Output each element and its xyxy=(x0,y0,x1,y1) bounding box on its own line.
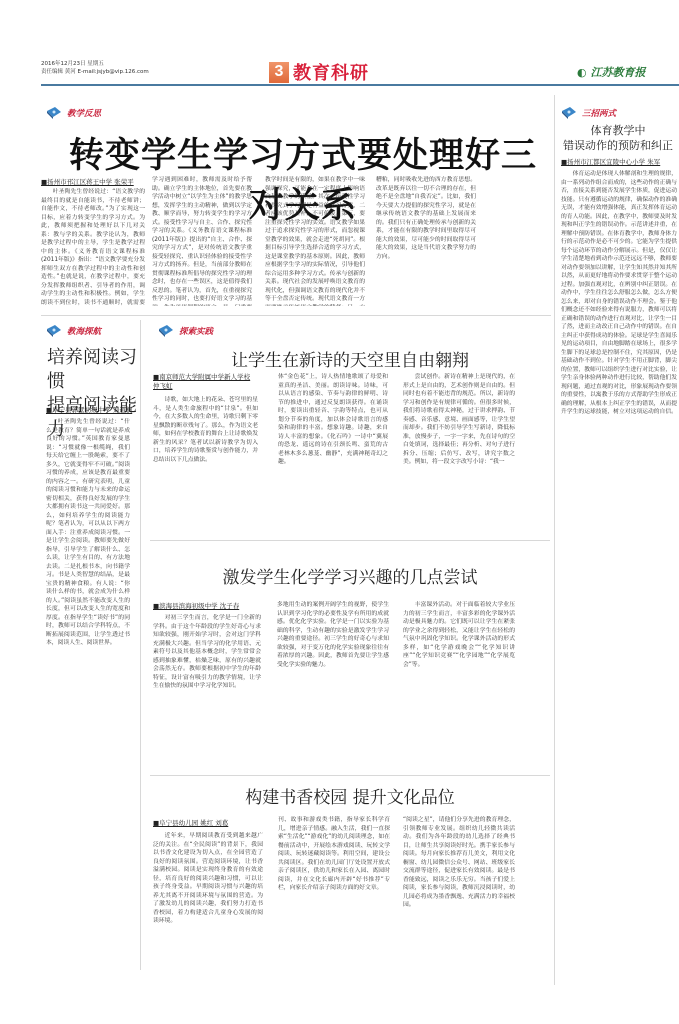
brand-name: 江苏教育报 xyxy=(590,66,645,79)
pe-byline: ■扬州市江都区宜陵中心小学 朱军 xyxy=(561,157,660,166)
main-article-col-2: 学习遇到困难时，教师需及时给予帮助。确立学生的主体地位，首先要在教学活动中树立“… xyxy=(152,176,252,306)
book-icon xyxy=(561,107,577,119)
library-byline: ■阜宁县幼儿园 姚红 刘葛 xyxy=(153,818,228,827)
section-tag-label: 探索实践 xyxy=(179,325,213,337)
section-tag-label: 三招两式 xyxy=(582,107,616,119)
chemistry-headline: 激发学生化学学习兴趣的几点尝试 xyxy=(150,563,550,588)
reading-article-body: 叶圣陶先生曾经说过：“什么是教育？简单一句话就是养成良好的习惯。”英国教育家曼恩… xyxy=(46,418,130,958)
page-badge: 3 教育科研 xyxy=(269,59,369,85)
section-tag-label: 教海探航 xyxy=(67,325,101,337)
chemistry-byline: ■滨海县滨海初级中学 沈子春 xyxy=(153,601,239,610)
library-col-1: 近年来，早期阅读教育受到越来越广泛的关注。在“全民阅读”的背景下，我园以书香文化… xyxy=(153,832,263,982)
divider xyxy=(150,540,550,541)
section-tag-label: 教学反思 xyxy=(67,107,101,119)
poetry-byline: ■南京师范大学附属中学新人学校 仲飞虹 xyxy=(153,373,253,391)
column-divider xyxy=(554,95,555,985)
masthead-meta: 2016年12月23日 星期五 责任编辑 黄河 E-mail:jsjyb@vip… xyxy=(41,60,149,76)
divider xyxy=(150,775,550,776)
main-article-col-3: 教学时间是有限的，如果在教学中一味强调探究，可能会在一定程度上影响语文基础教学的… xyxy=(265,176,365,306)
page-number: 3 xyxy=(269,62,289,83)
book-icon xyxy=(158,325,174,337)
section-tag-reflection: 教学反思 xyxy=(46,107,101,119)
poetry-col-3: 尝试创作。新诗在精神上是现代的，在形式上是自由的，艺术创作则是自由的。但同时也有… xyxy=(403,373,515,524)
main-article-col-4: 糟粕，同时吸收先进的西方教育思想。改革是既弃以往一切不合理的存在，但绝不是全盘地… xyxy=(376,176,476,306)
section-tag-practice: 探索实践 xyxy=(158,325,213,337)
book-icon xyxy=(46,107,62,119)
library-col-2: 刊、故事和游戏类书籍，指导家长科学育儿，增进亲子情感。融入生活，我们一直探索“生… xyxy=(278,816,390,982)
date-line: 2016年12月23日 星期五 xyxy=(41,60,149,68)
chemistry-col-1: 对初三学生而言，化学是一门全新的学科。由于这个年龄段的学生好奇心与求知欲较强，刚… xyxy=(153,614,261,764)
reading-byline: ■阜宁县郭墅初级中学 刘道桐 xyxy=(46,405,132,414)
pe-headline: 体育教学中 错误动作的预防和纠正 xyxy=(557,123,679,153)
masthead-rule xyxy=(41,84,679,86)
chemistry-col-2: 多地用生动的案例开阔学生的视野，使学生认识到学习化学的必要性及学有所用的成就感。… xyxy=(277,601,389,764)
main-article-col-1: 叶圣陶先生曾经说过：“语文教学的最终目的就是自能读书，不待老师讲；自能作文，不待… xyxy=(41,188,145,306)
column-divider xyxy=(140,320,141,970)
pe-article-body: 体育运动是体现人体解剖和生理的规律，由一系列动作组合而成的，这些动作的正确与否，… xyxy=(561,170,677,990)
editor-line: 责任编辑 黄河 E-mail:jsjyb@vip.126.com xyxy=(41,68,149,76)
main-byline: ■扬州市邗江区蒋王中学 张荣平 xyxy=(41,177,134,186)
book-icon xyxy=(46,325,62,337)
chemistry-col-3: 丰富课外活动。对于面临着较大学业压力的初三学生而言，丰富多彩的化学课外活动是极具… xyxy=(403,601,515,764)
page-title: 教育科研 xyxy=(293,59,369,85)
newspaper-brand: ◐ 江苏教育报 xyxy=(577,64,645,80)
poetry-col-1: 诗歌，如大地上的花朵、苍穹里的星斗，是人类生命旅程中的“甘泉”。但如今，在大多数… xyxy=(153,396,258,524)
library-headline: 构建书香校园 提升文化品位 xyxy=(150,783,550,808)
section-tag-teaching-sea: 教海探航 xyxy=(46,325,101,337)
section-tag-tips: 三招两式 xyxy=(561,107,616,119)
brand-logo-icon: ◐ xyxy=(577,66,587,79)
poetry-headline: 让学生在新诗的天空里自由翱翔 xyxy=(150,346,550,371)
library-col-3: “阅读之星”，请他们分享先进的教育理念，引领教师专业发展。组织幼儿轻微共读活动。… xyxy=(403,816,515,982)
poetry-col-2: 体“金色花”上，诗人热情地歌颂了母爱和童真的圣洁、美丽。朗读诗味。诗味，可以从语… xyxy=(278,373,388,524)
divider xyxy=(41,315,551,316)
